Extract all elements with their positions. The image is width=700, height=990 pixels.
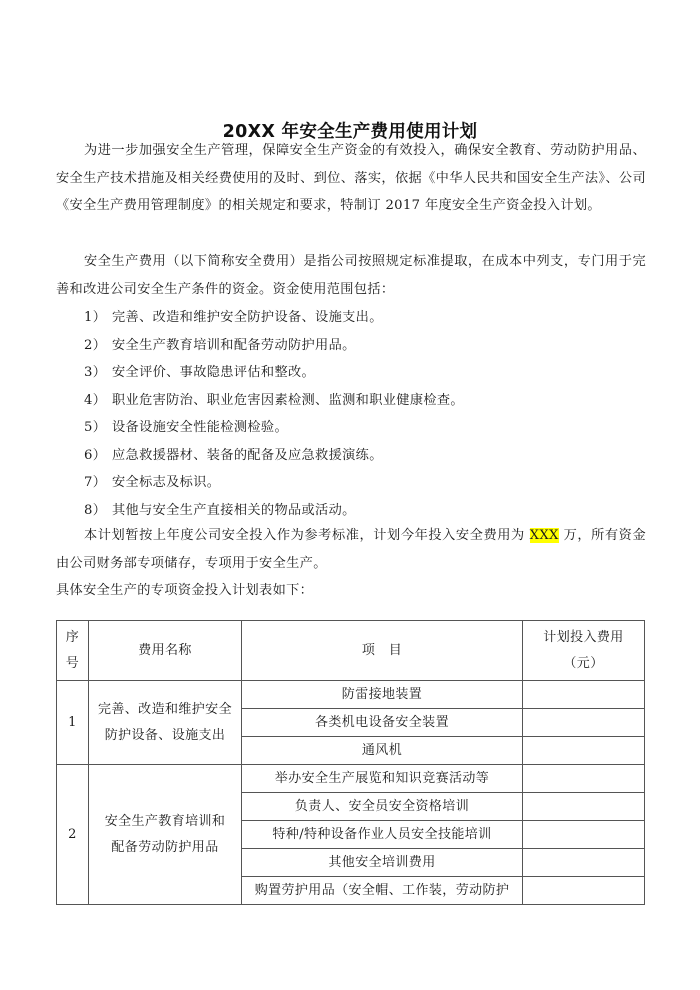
scope-item-number: 5）	[84, 414, 112, 442]
cost-cell[interactable]	[523, 877, 645, 905]
scope-item-number: 1）	[84, 304, 112, 332]
scope-item-number: 4）	[84, 387, 112, 415]
scope-item-number: 7）	[84, 469, 112, 497]
table-header-row: 序号 费用名称 项 目 计划投入费用（元）	[57, 621, 645, 681]
intro-paragraph: 为进一步加强安全生产管理，保障安全生产资金的有效投入，确保安全教育、劳动防护用品…	[56, 137, 646, 220]
header-fee-name: 费用名称	[89, 621, 242, 681]
table-row: 1 完善、改造和维护安全防护设备、设施支出 防雷接地装置	[57, 681, 645, 709]
budget-text-before: 本计划暂按上年度公司安全投入作为参考标准，计划今年投入安全费用为	[84, 528, 530, 543]
item-cell: 通风机	[242, 737, 523, 765]
scope-item: 3）安全评价、事故隐患评估和整改。	[56, 359, 646, 387]
table-row: 2 安全生产教育培训和配备劳动防护用品 举办安全生产展览和知识竞赛活动等	[57, 765, 645, 793]
header-item: 项 目	[242, 621, 523, 681]
cost-cell[interactable]	[523, 765, 645, 793]
cost-cell[interactable]	[523, 681, 645, 709]
scope-item-number: 2）	[84, 332, 112, 360]
item-cell: 购置劳护用品（安全帽、工作装，劳动防护	[242, 877, 523, 905]
cost-cell[interactable]	[523, 737, 645, 765]
cost-cell[interactable]	[523, 821, 645, 849]
header-planned-cost: 计划投入费用（元）	[523, 621, 645, 681]
cost-cell[interactable]	[523, 793, 645, 821]
scope-item: 7）安全标志及标识。	[56, 469, 646, 497]
scope-item-text: 完善、改造和维护安全防护设备、设施支出。	[112, 310, 383, 325]
scope-item-text: 安全生产教育培训和配备劳动防护用品。	[112, 338, 356, 353]
scope-item-text: 安全标志及标识。	[112, 475, 220, 490]
group-fee-name: 完善、改造和维护安全防护设备、设施支出	[89, 681, 242, 765]
scope-item: 4）职业危害防治、职业危害因素检测、监测和职业健康检查。	[56, 387, 646, 415]
scope-item: 8）其他与安全生产直接相关的物品或活动。	[56, 497, 646, 525]
item-cell: 负责人、安全员安全资格培训	[242, 793, 523, 821]
scope-item: 5）设备设施安全性能检测检验。	[56, 414, 646, 442]
cost-cell[interactable]	[523, 709, 645, 737]
scope-item-text: 设备设施安全性能检测检验。	[112, 420, 288, 435]
scope-item-number: 8）	[84, 497, 112, 525]
group-seq: 2	[57, 765, 89, 905]
scope-item: 2）安全生产教育培训和配备劳动防护用品。	[56, 332, 646, 360]
scope-item-text: 职业危害防治、职业危害因素检测、监测和职业健康检查。	[112, 393, 464, 408]
item-cell: 防雷接地装置	[242, 681, 523, 709]
item-cell: 各类机电设备安全装置	[242, 709, 523, 737]
group-fee-name: 安全生产教育培训和配备劳动防护用品	[89, 765, 242, 905]
funding-plan-table: 序号 费用名称 项 目 计划投入费用（元） 1 完善、改造和维护安全防护设备、设…	[56, 620, 645, 905]
budget-amount-highlight: XXX	[530, 528, 559, 543]
cost-cell[interactable]	[523, 849, 645, 877]
definition-paragraph: 安全生产费用（以下简称安全费用）是指公司按照规定标准提取，在成本中列支，专门用于…	[56, 248, 646, 303]
table-intro: 具体安全生产的专项资金投入计划表如下：	[56, 577, 646, 605]
scope-item: 6）应急救援器材、装备的配备及应急救援演练。	[56, 442, 646, 470]
budget-paragraph: 本计划暂按上年度公司安全投入作为参考标准，计划今年投入安全费用为 XXX 万，所…	[56, 522, 646, 577]
item-cell: 其他安全培训费用	[242, 849, 523, 877]
scope-item-text: 安全评价、事故隐患评估和整改。	[112, 365, 315, 380]
header-seq: 序号	[57, 621, 89, 681]
scope-list: 1）完善、改造和维护安全防护设备、设施支出。 2）安全生产教育培训和配备劳动防护…	[56, 304, 646, 524]
scope-item-text: 应急救援器材、装备的配备及应急救援演练。	[112, 448, 383, 463]
scope-item: 1）完善、改造和维护安全防护设备、设施支出。	[56, 304, 646, 332]
scope-item-text: 其他与安全生产直接相关的物品或活动。	[112, 503, 356, 518]
item-cell: 特种/特种设备作业人员安全技能培训	[242, 821, 523, 849]
scope-item-number: 6）	[84, 442, 112, 470]
group-seq: 1	[57, 681, 89, 765]
item-cell: 举办安全生产展览和知识竞赛活动等	[242, 765, 523, 793]
scope-item-number: 3）	[84, 359, 112, 387]
